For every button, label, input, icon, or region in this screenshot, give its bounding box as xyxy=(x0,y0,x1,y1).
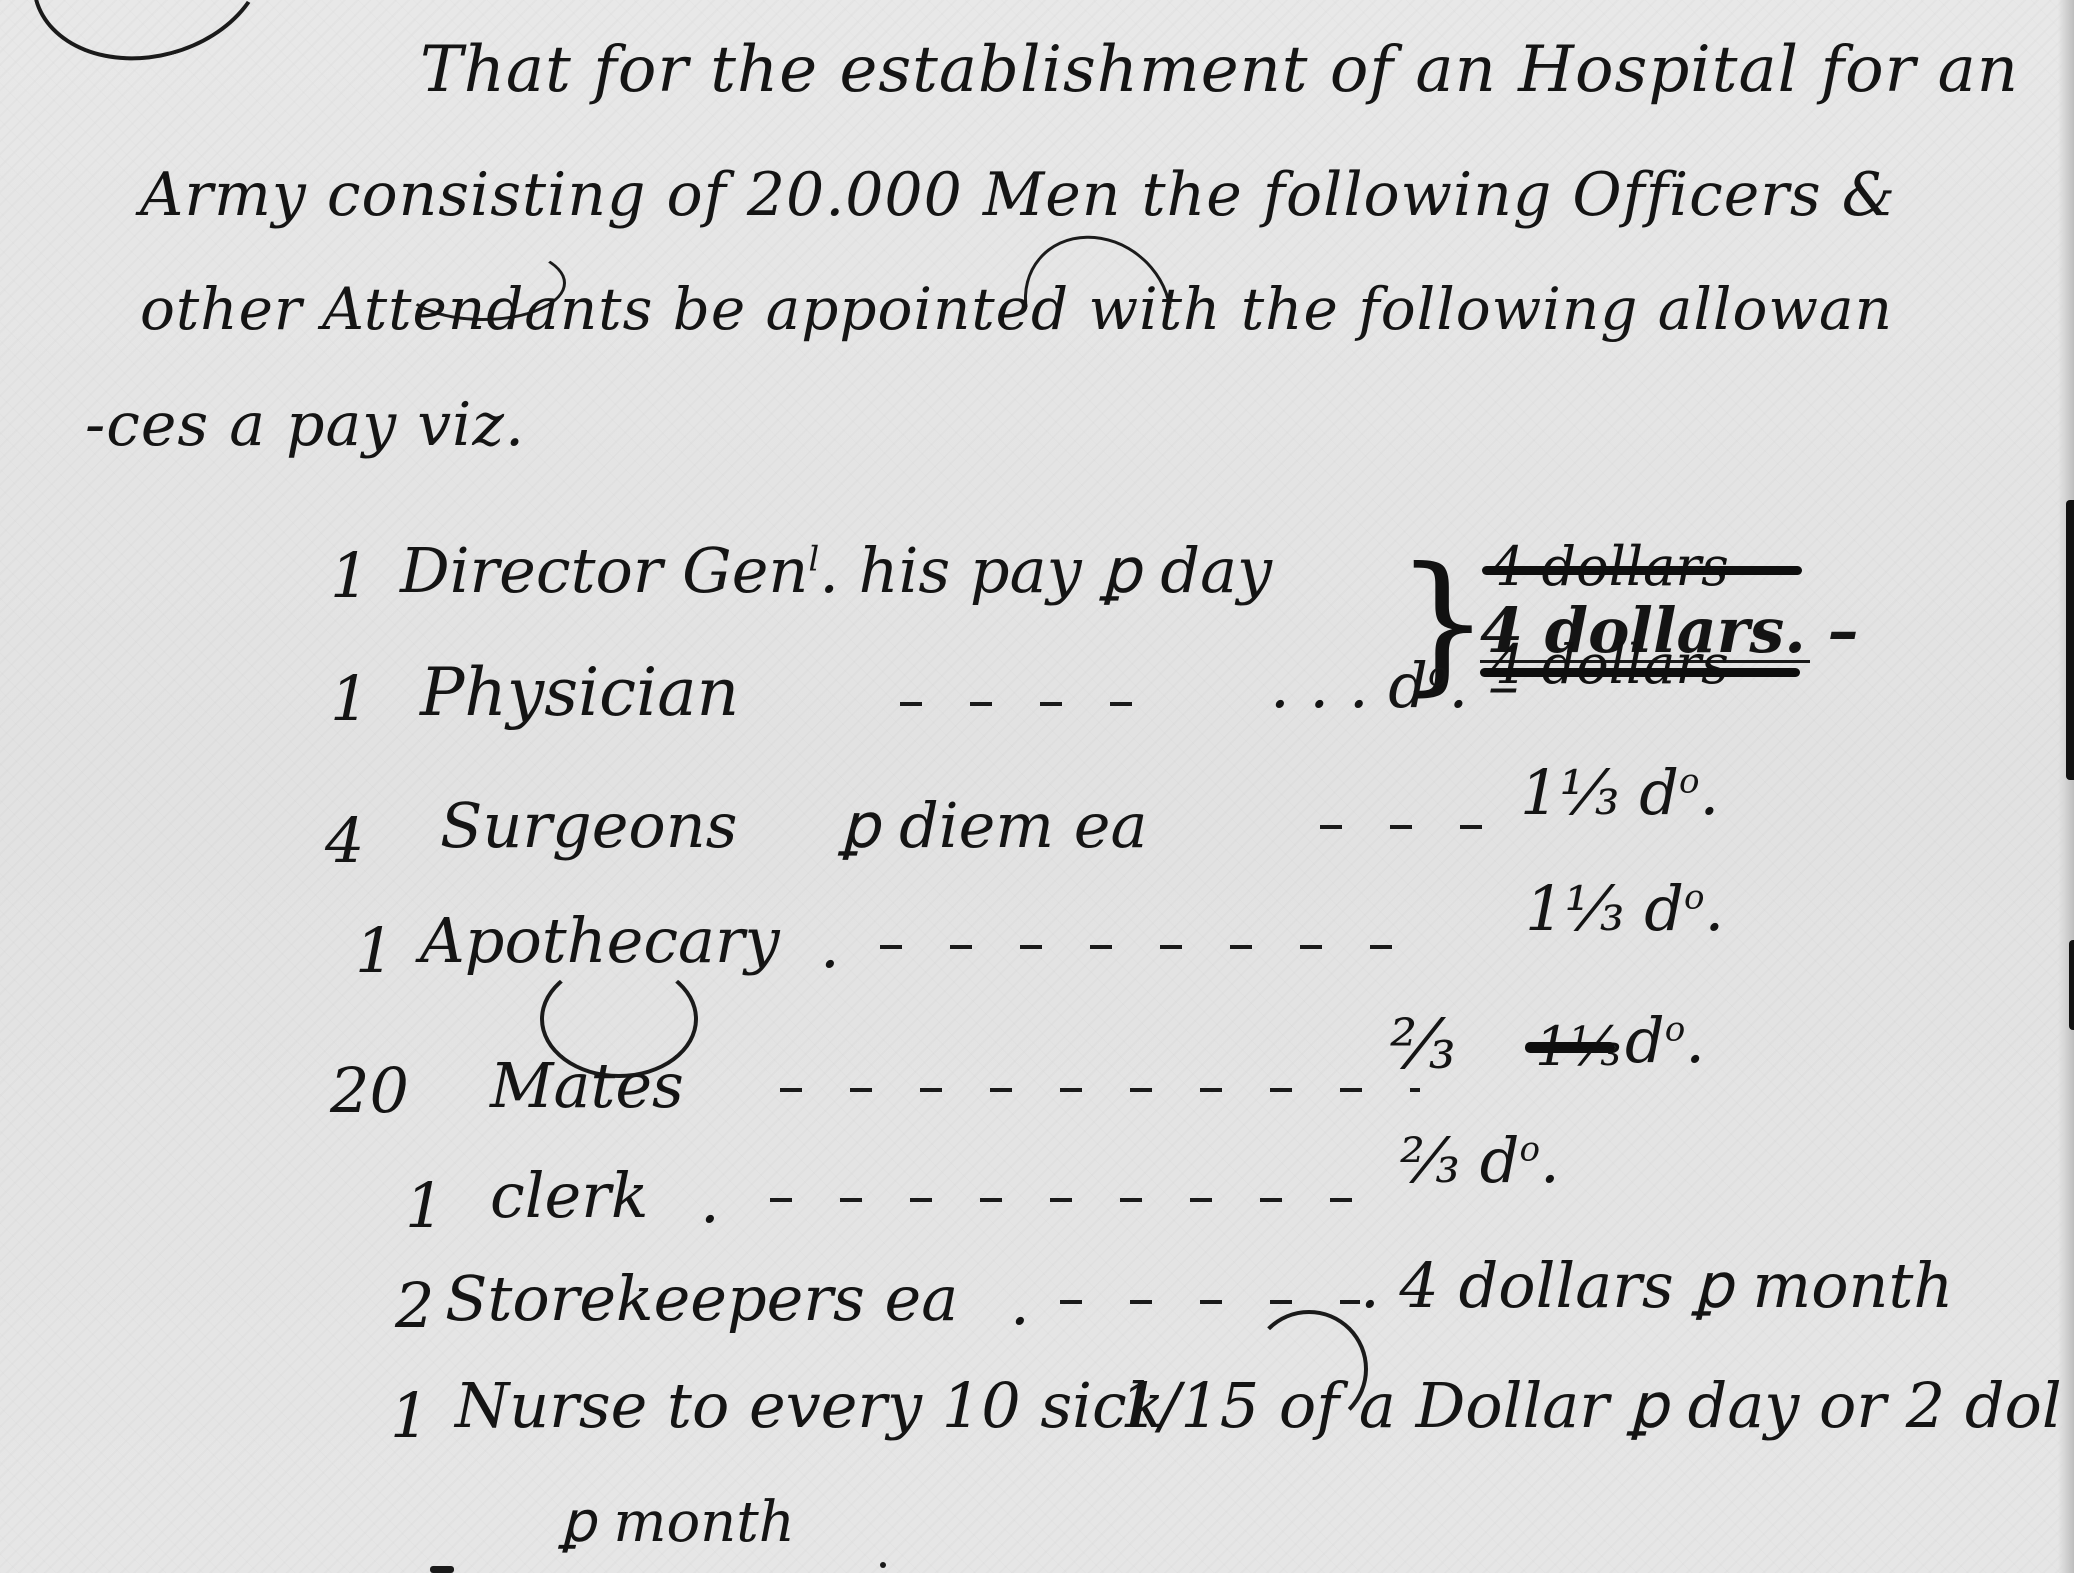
entry-quantity: 1 xyxy=(330,668,369,730)
page-edge xyxy=(2058,0,2074,1573)
dot-leader xyxy=(900,702,1180,706)
entry-rate: 1/15 of a Dollar ꝑ day or 2 dol xyxy=(1120,1375,2062,1437)
page-edge-shadow xyxy=(2066,500,2074,780)
entry-ditto: . . . do. – xyxy=(1270,655,1519,717)
struck-rate-below: 4 dollars xyxy=(1490,638,1729,692)
strikethrough-mark xyxy=(1525,1042,1615,1053)
entry-detail: ꝑ diem ea xyxy=(840,795,1147,857)
entry-title: Surgeons xyxy=(440,795,738,857)
entry-title: Storekeepers ea xyxy=(445,1268,958,1330)
entry-title: Director Genl. his pay ꝑ day xyxy=(400,540,1272,602)
dot-leader xyxy=(1320,825,1490,829)
dot-leader xyxy=(780,1088,1420,1092)
entry-quantity: 1 xyxy=(390,1385,429,1447)
entry-detail: . xyxy=(1010,1272,1030,1334)
cut-off-ink-mark xyxy=(880,1562,886,1568)
entry-ditto: do. xyxy=(1625,1010,1705,1072)
preamble-line-4: -ces a pay viz. xyxy=(85,395,525,455)
entry-rate: 1⅓ do. xyxy=(1525,878,1724,940)
dot-leader xyxy=(770,1198,1370,1202)
entry-title: Apothecary xyxy=(420,910,780,972)
entry-rate: ⅔ do. xyxy=(1400,1130,1560,1192)
entry-detail: . xyxy=(820,915,840,977)
entry-title: Nurse to every 10 sick xyxy=(455,1375,1164,1437)
entry-quantity: 1 xyxy=(330,545,369,607)
dot-leader xyxy=(880,945,1440,949)
preamble-line-2: Army consisting of 20.000 Men the follow… xyxy=(140,165,1896,225)
entry-title: Physician xyxy=(420,660,739,726)
strikethrough-mark xyxy=(1482,566,1802,575)
entry-quantity: 4 xyxy=(325,810,364,872)
entry-title: clerk xyxy=(490,1165,648,1227)
entry-quantity: 1 xyxy=(405,1175,444,1237)
entry-quantity: 20 xyxy=(330,1060,409,1122)
entry-detail: . xyxy=(700,1170,720,1232)
manuscript-page xyxy=(0,0,2074,1573)
strikethrough-mark xyxy=(1480,668,1800,677)
cut-off-ink-mark xyxy=(430,1566,454,1573)
entry-rate: 1⅓ do. xyxy=(1520,762,1719,824)
entry-title: Mates xyxy=(490,1055,684,1117)
preamble-line-1: That for the establishment of an Hospita… xyxy=(420,38,2019,102)
preamble-line-3: other Attendants be appointed with the f… xyxy=(140,280,1893,338)
dot-leader xyxy=(1060,1300,1360,1304)
entry-rate-continuation: ꝑ month xyxy=(560,1495,795,1551)
entry-rate-fraction: ⅔ xyxy=(1390,1012,1456,1080)
entry-rate: . 4 dollars ꝑ month xyxy=(1360,1255,1953,1317)
entry-quantity: 1 xyxy=(355,920,394,982)
entry-quantity: 2 xyxy=(395,1275,434,1337)
page-edge-shadow xyxy=(2069,940,2074,1030)
